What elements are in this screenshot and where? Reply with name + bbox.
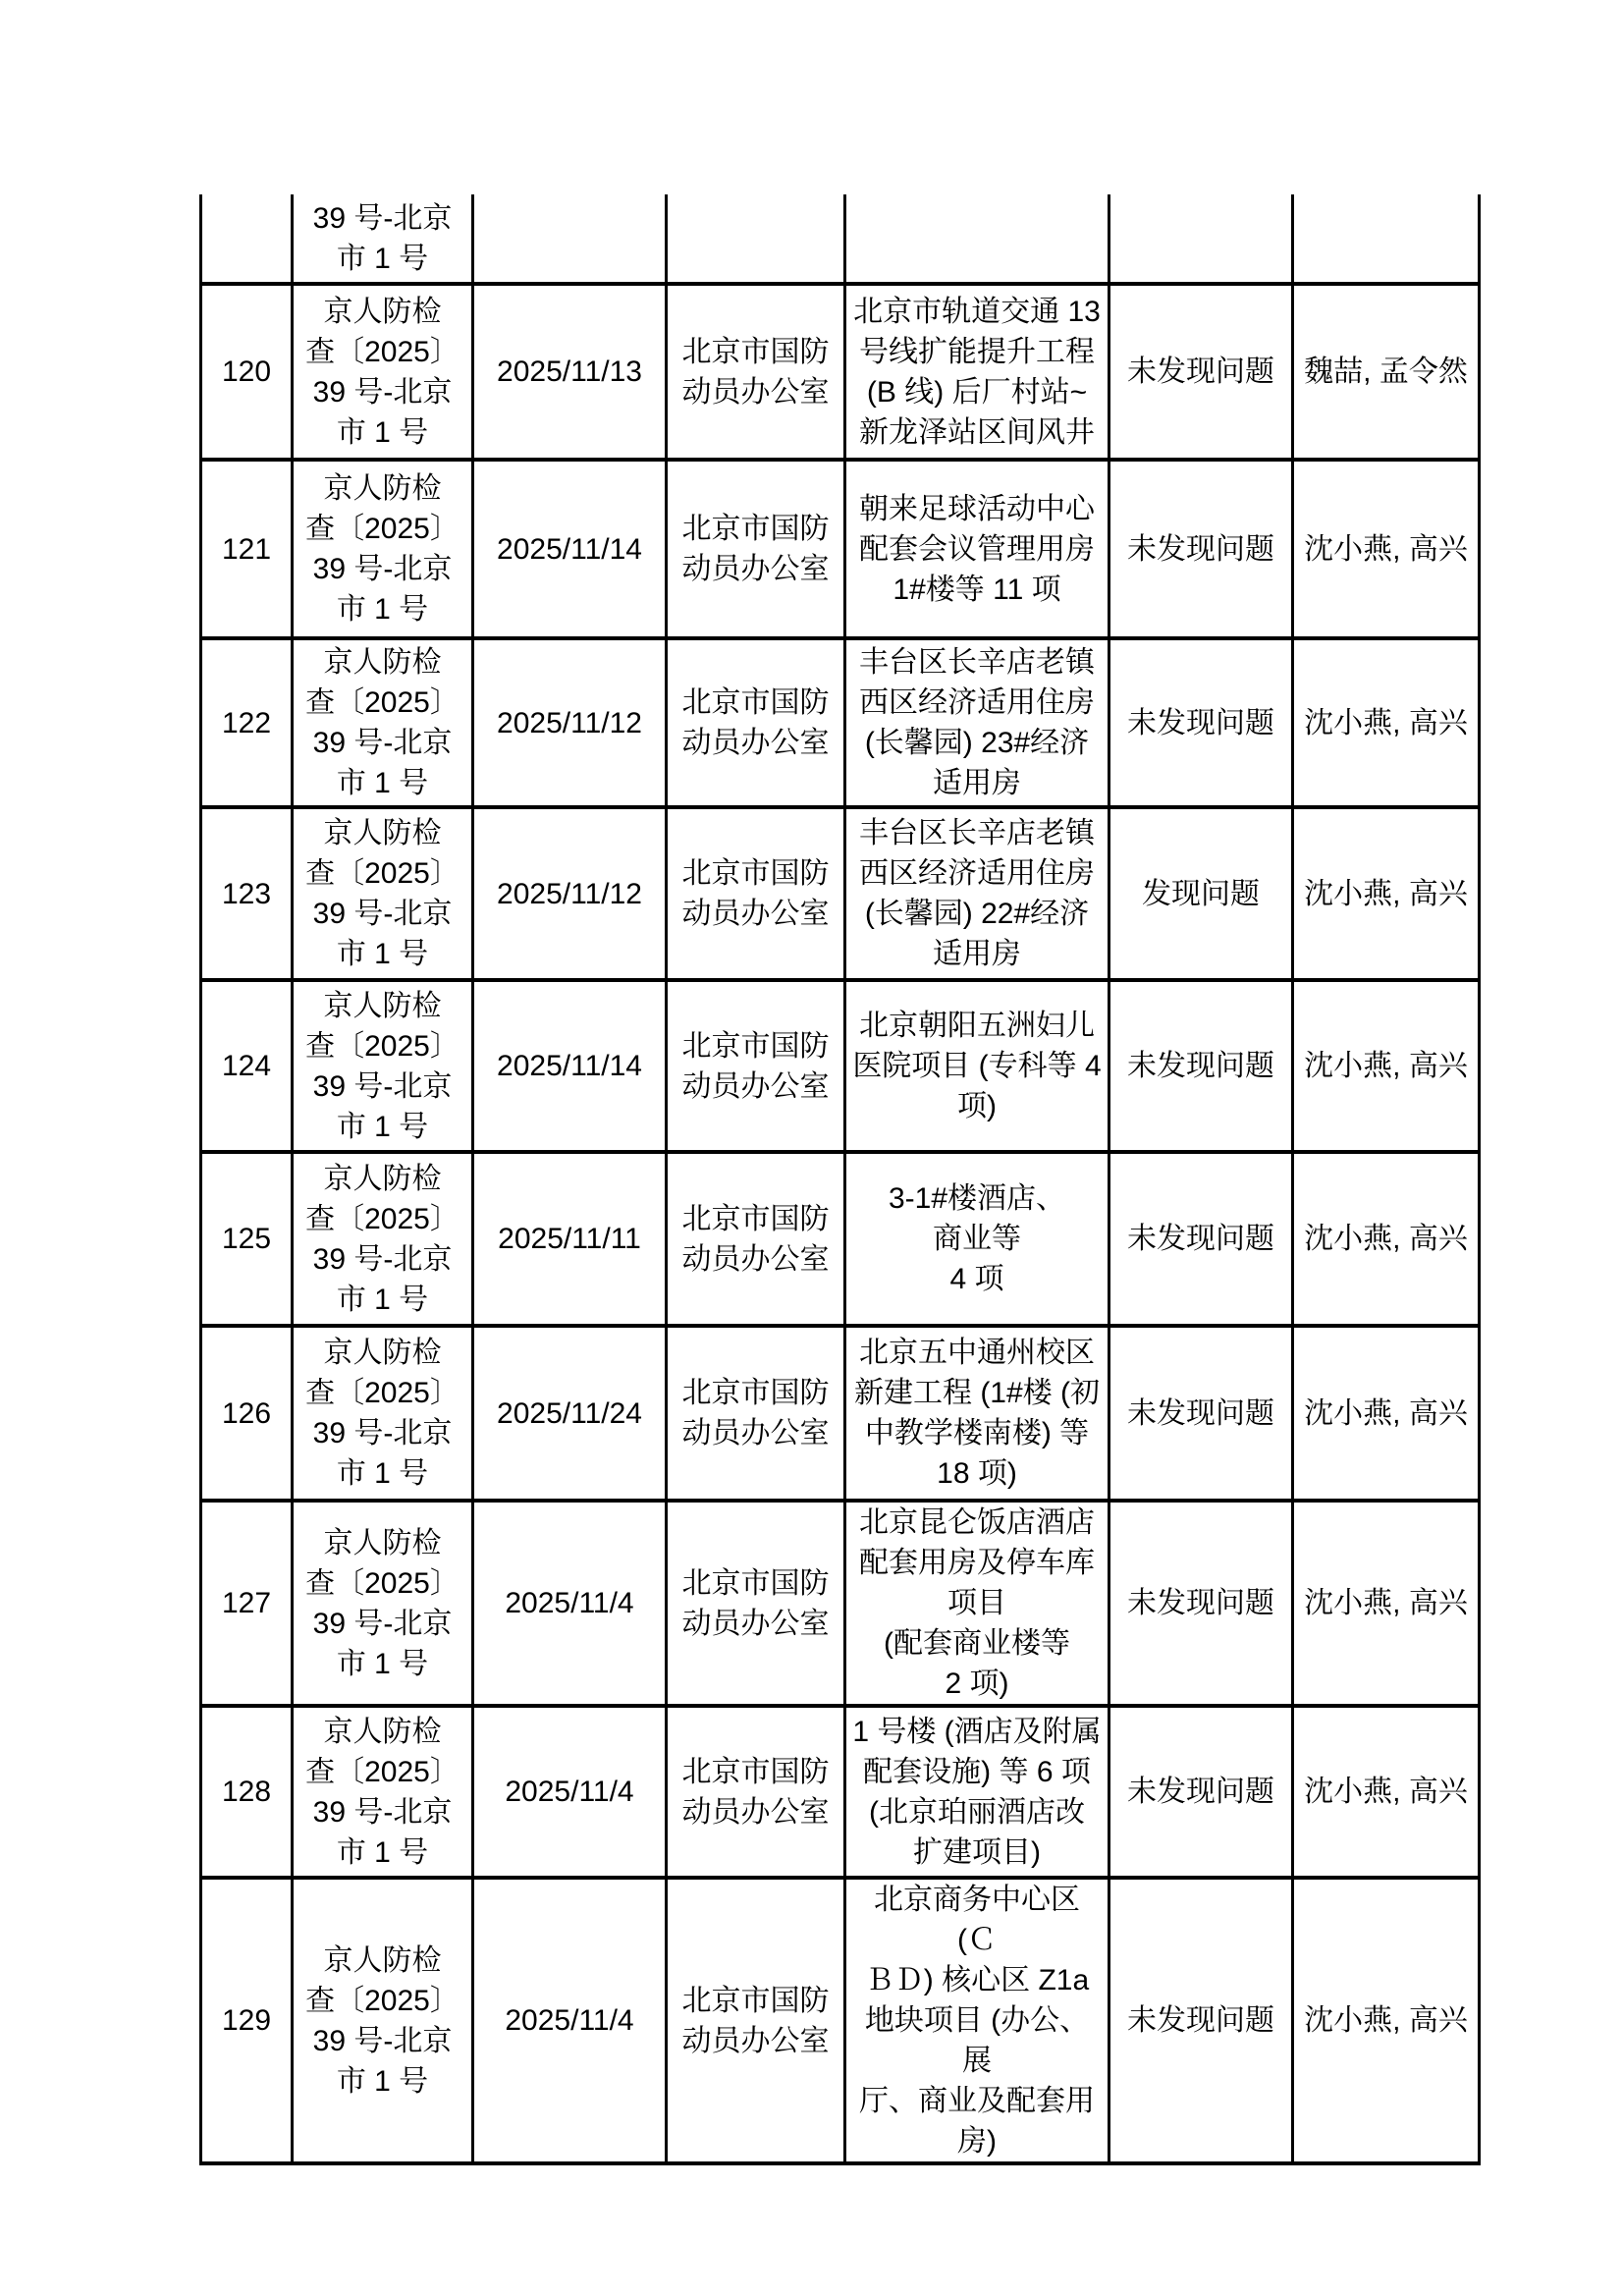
document-page: 39 号-北京 市 1 号 120京人防检 查〔2025〕 39 号-北京 市 … bbox=[0, 0, 1623, 2296]
cell-project: 丰台区长辛店老镇 西区经济适用住房 (长馨园) 23#经济 适用房 bbox=[845, 638, 1109, 807]
cell-doc-number: 京人防检 查〔2025〕 39 号-北京 市 1 号 bbox=[293, 1326, 473, 1501]
cell-result: 未发现问题 bbox=[1109, 1326, 1293, 1501]
cell-doc-number: 京人防检 查〔2025〕 39 号-北京 市 1 号 bbox=[293, 638, 473, 807]
inspection-table: 39 号-北京 市 1 号 120京人防检 查〔2025〕 39 号-北京 市 … bbox=[199, 194, 1481, 2165]
cell-org: 北京市国防 动员办公室 bbox=[667, 980, 845, 1152]
cell-doc-number: 京人防检 查〔2025〕 39 号-北京 市 1 号 bbox=[293, 1878, 473, 2163]
cell-result: 未发现问题 bbox=[1109, 1878, 1293, 2163]
cell-result: 未发现问题 bbox=[1109, 638, 1293, 807]
cell-doc-number: 京人防检 查〔2025〕 39 号-北京 市 1 号 bbox=[293, 284, 473, 460]
cell-result: 未发现问题 bbox=[1109, 980, 1293, 1152]
cell-project: 丰台区长辛店老镇 西区经济适用住房 (长馨园) 22#经济 适用房 bbox=[845, 807, 1109, 980]
cell-no: 124 bbox=[201, 980, 293, 1152]
cell-org: 北京市国防 动员办公室 bbox=[667, 460, 845, 638]
cell-project: 1 号楼 (酒店及附属 配套设施) 等 6 项 (北京珀丽酒店改 扩建项目) bbox=[845, 1706, 1109, 1878]
cell-inspectors: 沈小燕, 高兴 bbox=[1293, 807, 1480, 980]
cell-doc-number: 京人防检 查〔2025〕 39 号-北京 市 1 号 bbox=[293, 1706, 473, 1878]
cell-date: 2025/11/4 bbox=[473, 1501, 667, 1706]
cell-org: 北京市国防 动员办公室 bbox=[667, 638, 845, 807]
cell-inspectors: 沈小燕, 高兴 bbox=[1293, 1706, 1480, 1878]
cell-date bbox=[473, 194, 667, 284]
cell-result: 未发现问题 bbox=[1109, 460, 1293, 638]
cell-org: 北京市国防 动员办公室 bbox=[667, 1326, 845, 1501]
cell-inspectors: 沈小燕, 高兴 bbox=[1293, 638, 1480, 807]
cell-date: 2025/11/11 bbox=[473, 1152, 667, 1326]
cell-doc-number: 京人防检 查〔2025〕 39 号-北京 市 1 号 bbox=[293, 1152, 473, 1326]
cell-date: 2025/11/12 bbox=[473, 638, 667, 807]
table-row: 127京人防检 查〔2025〕 39 号-北京 市 1 号2025/11/4北京… bbox=[201, 1501, 1480, 1706]
cell-doc-number: 京人防检 查〔2025〕 39 号-北京 市 1 号 bbox=[293, 980, 473, 1152]
table-row: 128京人防检 查〔2025〕 39 号-北京 市 1 号2025/11/4北京… bbox=[201, 1706, 1480, 1878]
cell-result bbox=[1109, 194, 1293, 284]
cell-project: 北京昆仑饭店酒店 配套用房及停车库 项目 (配套商业楼等 2 项) bbox=[845, 1501, 1109, 1706]
table-row-carryover: 39 号-北京 市 1 号 bbox=[201, 194, 1480, 284]
cell-date: 2025/11/4 bbox=[473, 1878, 667, 2163]
cell-inspectors: 魏喆, 孟令然 bbox=[1293, 284, 1480, 460]
cell-project: 朝来足球活动中心 配套会议管理用房 1#楼等 11 项 bbox=[845, 460, 1109, 638]
cell-inspectors bbox=[1293, 194, 1480, 284]
cell-project: 北京商务中心区 (Ｃ ＢＤ) 核心区 Z1a 地块项目 (办公、展 厅、商业及配… bbox=[845, 1878, 1109, 2163]
cell-inspectors: 沈小燕, 高兴 bbox=[1293, 460, 1480, 638]
cell-date: 2025/11/13 bbox=[473, 284, 667, 460]
cell-date: 2025/11/4 bbox=[473, 1706, 667, 1878]
table-row: 126京人防检 查〔2025〕 39 号-北京 市 1 号2025/11/24北… bbox=[201, 1326, 1480, 1501]
cell-no: 126 bbox=[201, 1326, 293, 1501]
cell-inspectors: 沈小燕, 高兴 bbox=[1293, 1878, 1480, 2163]
table-row: 121京人防检 查〔2025〕 39 号-北京 市 1 号2025/11/14北… bbox=[201, 460, 1480, 638]
cell-org: 北京市国防 动员办公室 bbox=[667, 1706, 845, 1878]
cell-result: 未发现问题 bbox=[1109, 1152, 1293, 1326]
cell-no: 121 bbox=[201, 460, 293, 638]
cell-project bbox=[845, 194, 1109, 284]
cell-doc-number: 39 号-北京 市 1 号 bbox=[293, 194, 473, 284]
table-row: 120京人防检 查〔2025〕 39 号-北京 市 1 号2025/11/13北… bbox=[201, 284, 1480, 460]
cell-no: 129 bbox=[201, 1878, 293, 2163]
cell-org: 北京市国防 动员办公室 bbox=[667, 807, 845, 980]
table-row: 123京人防检 查〔2025〕 39 号-北京 市 1 号2025/11/12北… bbox=[201, 807, 1480, 980]
cell-inspectors: 沈小燕, 高兴 bbox=[1293, 1501, 1480, 1706]
cell-result: 未发现问题 bbox=[1109, 284, 1293, 460]
inspection-table-body: 39 号-北京 市 1 号 120京人防检 查〔2025〕 39 号-北京 市 … bbox=[201, 194, 1480, 2163]
cell-project: 北京五中通州校区 新建工程 (1#楼 (初 中教学楼南楼) 等 18 项) bbox=[845, 1326, 1109, 1501]
cell-inspectors: 沈小燕, 高兴 bbox=[1293, 980, 1480, 1152]
cell-doc-number: 京人防检 查〔2025〕 39 号-北京 市 1 号 bbox=[293, 807, 473, 980]
cell-inspectors: 沈小燕, 高兴 bbox=[1293, 1326, 1480, 1501]
cell-org: 北京市国防 动员办公室 bbox=[667, 284, 845, 460]
cell-result: 发现问题 bbox=[1109, 807, 1293, 980]
table-row: 124京人防检 查〔2025〕 39 号-北京 市 1 号2025/11/14北… bbox=[201, 980, 1480, 1152]
cell-no: 120 bbox=[201, 284, 293, 460]
cell-no: 127 bbox=[201, 1501, 293, 1706]
cell-date: 2025/11/24 bbox=[473, 1326, 667, 1501]
cell-doc-number: 京人防检 查〔2025〕 39 号-北京 市 1 号 bbox=[293, 1501, 473, 1706]
table-row: 122京人防检 查〔2025〕 39 号-北京 市 1 号2025/11/12北… bbox=[201, 638, 1480, 807]
cell-doc-number: 京人防检 查〔2025〕 39 号-北京 市 1 号 bbox=[293, 460, 473, 638]
cell-date: 2025/11/14 bbox=[473, 980, 667, 1152]
cell-project: 北京朝阳五洲妇儿 医院项目 (专科等 4 项) bbox=[845, 980, 1109, 1152]
cell-date: 2025/11/12 bbox=[473, 807, 667, 980]
table-row: 125京人防检 查〔2025〕 39 号-北京 市 1 号2025/11/11北… bbox=[201, 1152, 1480, 1326]
cell-project: 3-1#楼酒店、商业等 4 项 bbox=[845, 1152, 1109, 1326]
table-row: 129京人防检 查〔2025〕 39 号-北京 市 1 号2025/11/4北京… bbox=[201, 1878, 1480, 2163]
cell-org: 北京市国防 动员办公室 bbox=[667, 1152, 845, 1326]
cell-no: 125 bbox=[201, 1152, 293, 1326]
cell-org: 北京市国防 动员办公室 bbox=[667, 1501, 845, 1706]
cell-org bbox=[667, 194, 845, 284]
cell-result: 未发现问题 bbox=[1109, 1706, 1293, 1878]
cell-no: 128 bbox=[201, 1706, 293, 1878]
cell-result: 未发现问题 bbox=[1109, 1501, 1293, 1706]
cell-org: 北京市国防 动员办公室 bbox=[667, 1878, 845, 2163]
cell-no bbox=[201, 194, 293, 284]
cell-inspectors: 沈小燕, 高兴 bbox=[1293, 1152, 1480, 1326]
cell-no: 122 bbox=[201, 638, 293, 807]
cell-no: 123 bbox=[201, 807, 293, 980]
cell-project: 北京市轨道交通 13 号线扩能提升工程 (B 线) 后厂村站~ 新龙泽站区间风井 bbox=[845, 284, 1109, 460]
cell-date: 2025/11/14 bbox=[473, 460, 667, 638]
